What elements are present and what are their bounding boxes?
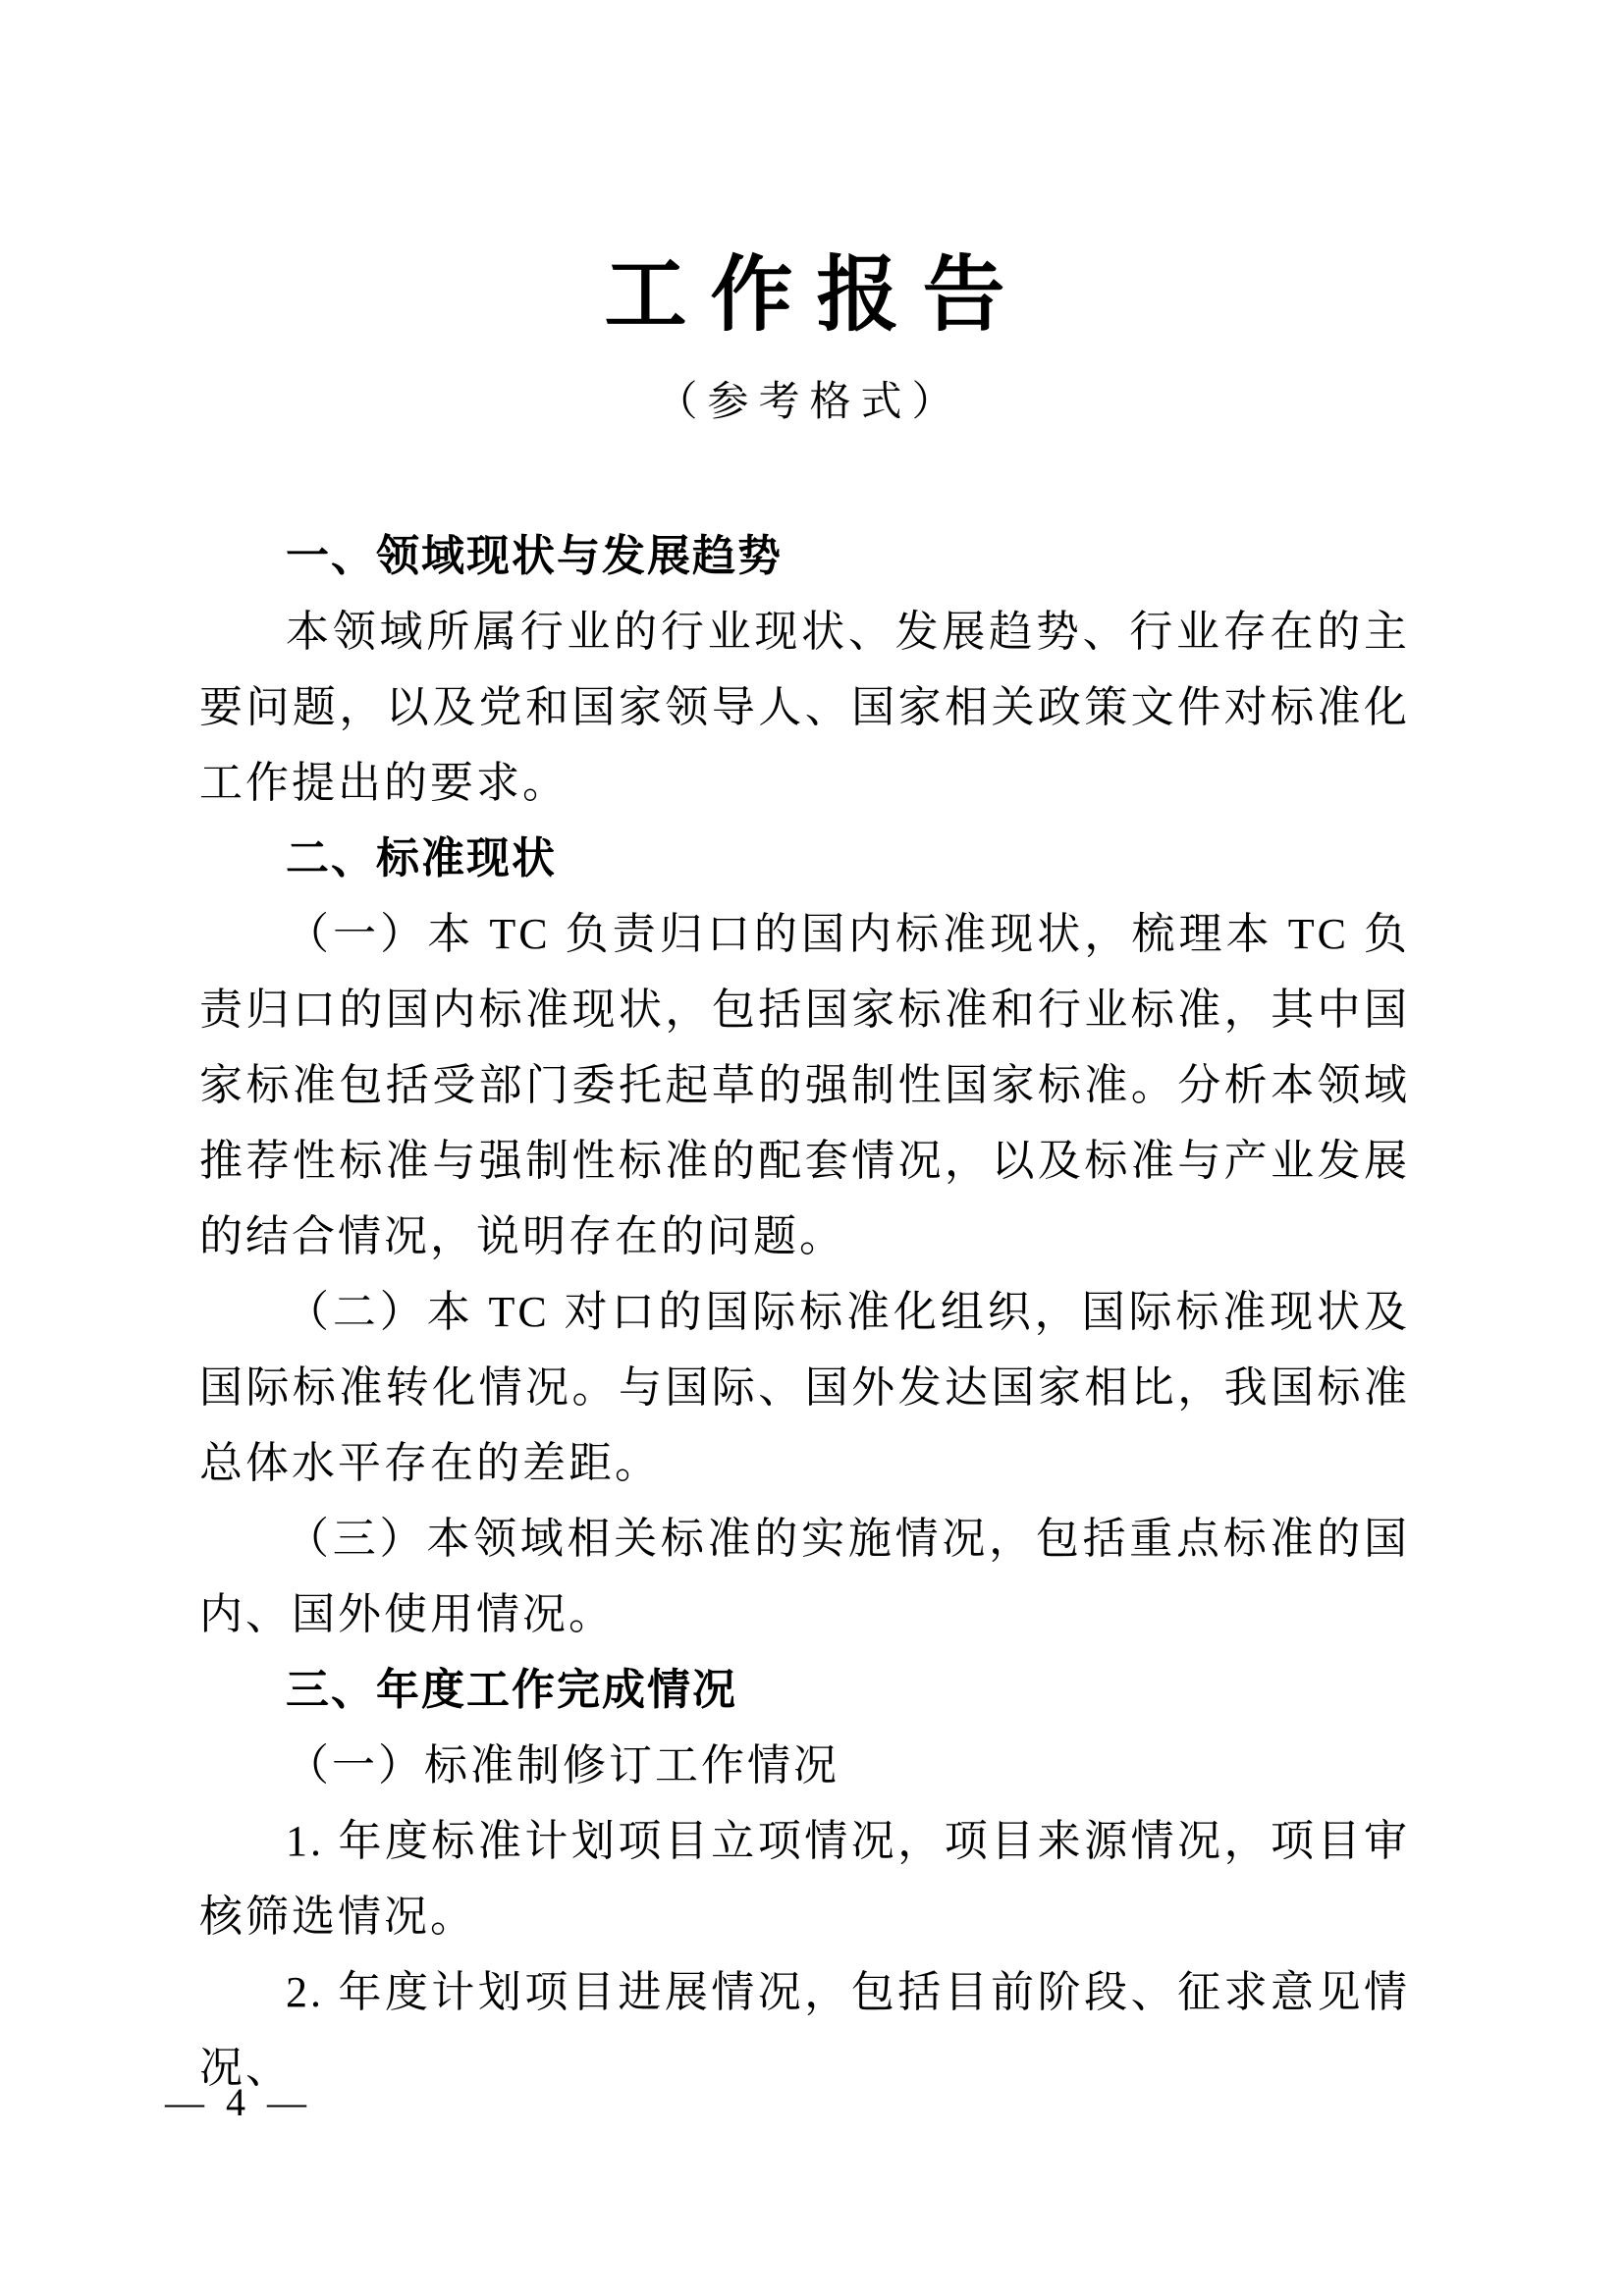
paragraph-implementation-status: （三）本领域相关标准的实施情况，包括重点标准的国内、国外使用情况。 [199,1501,1410,1652]
paragraph-industry-status: 本领域所属行业的行业现状、发展趋势、行业存在的主要问题，以及党和国家领导人、国家… [199,594,1410,821]
section-heading-1: 一、领域现状与发展趋势 [199,518,1410,594]
paragraph-domestic-standards: （一）本 TC 负责归口的国内标准现状，梳理本 TC 负责归口的国内标准现状，包… [199,896,1410,1274]
paragraph-international-standards: （二）本 TC 对口的国际标准化组织，国际标准现状及国际标准转化情况。与国际、国… [199,1274,1410,1501]
document-page: 工作报告 （参考格式） 一、领域现状与发展趋势 本领域所属行业的行业现状、发展趋… [0,0,1624,2296]
document-subtitle: （参考格式） [199,375,1410,430]
page-number: — 4 — [165,2079,312,2125]
document-content: 工作报告 （参考格式） 一、领域现状与发展趋势 本领域所属行业的行业现状、发展趋… [199,0,1410,2106]
section-heading-3: 三、年度工作完成情况 [199,1652,1410,1728]
paragraph-item-2: 2. 年度计划项目进展情况，包括目前阶段、征求意见情况、 [199,1954,1410,2106]
paragraph-item-1: 1. 年度标准计划项目立项情况，项目来源情况，项目审核筛选情况。 [199,1803,1410,1954]
section-heading-2: 二、标准现状 [199,821,1410,896]
document-body: 一、领域现状与发展趋势 本领域所属行业的行业现状、发展趋势、行业存在的主要问题，… [199,518,1410,2106]
document-title: 工作报告 [199,247,1410,346]
paragraph-revision-work: （一）标准制修订工作情况 [199,1728,1410,1803]
